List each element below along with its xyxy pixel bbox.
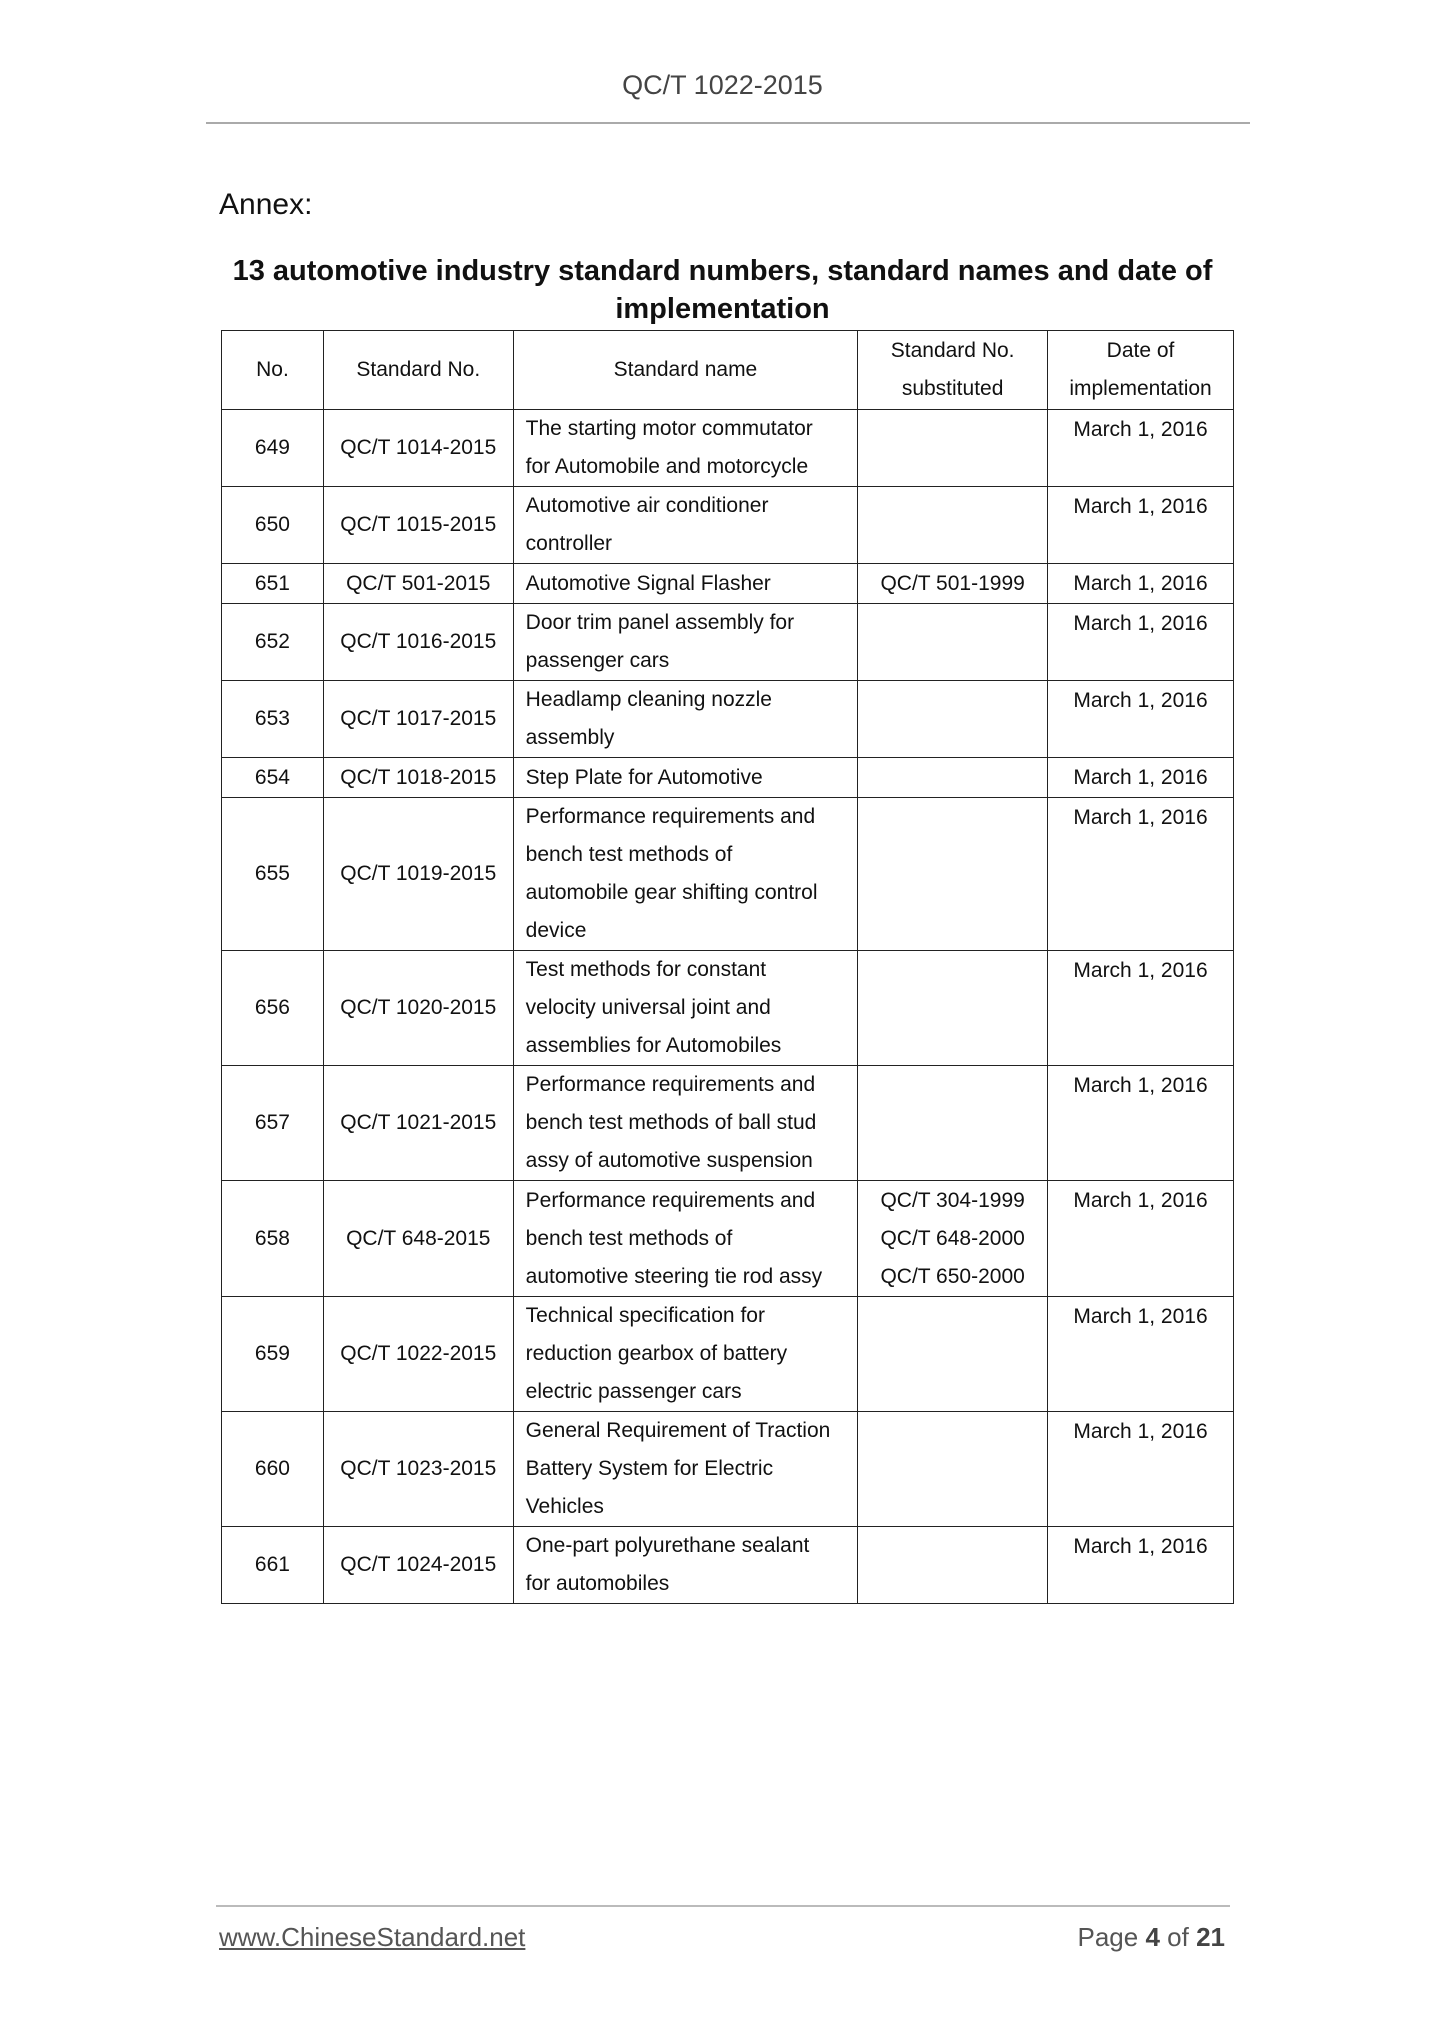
standard-number: QC/T 1021-2015	[323, 1066, 513, 1181]
row-number: 657	[222, 1066, 324, 1181]
implementation-date: March 1, 2016	[1048, 564, 1234, 604]
table-row: 659QC/T 1022-2015Technical specification…	[222, 1297, 1234, 1412]
page-of: of	[1167, 1922, 1189, 1952]
document-header-id: QC/T 1022-2015	[0, 70, 1445, 101]
substituted-standard	[858, 1412, 1048, 1527]
column-header: No.	[222, 331, 324, 410]
substituted-standard	[858, 604, 1048, 681]
row-number: 656	[222, 951, 324, 1066]
page-prefix: Page	[1077, 1922, 1138, 1952]
column-header: Date ofimplementation	[1048, 331, 1234, 410]
standard-name: The starting motor commutatorfor Automob…	[513, 410, 858, 487]
column-header: Standard name	[513, 331, 858, 410]
substituted-standard: QC/T 501-1999	[858, 564, 1048, 604]
standard-name: Door trim panel assembly forpassenger ca…	[513, 604, 858, 681]
implementation-date: March 1, 2016	[1048, 487, 1234, 564]
website-link[interactable]: www.ChineseStandard.net	[219, 1922, 525, 1953]
standard-name: Performance requirements andbench test m…	[513, 1066, 858, 1181]
row-number: 658	[222, 1181, 324, 1297]
table-row: 657QC/T 1021-2015Performance requirement…	[222, 1066, 1234, 1181]
table-row: 650QC/T 1015-2015Automotive air conditio…	[222, 487, 1234, 564]
implementation-date: March 1, 2016	[1048, 681, 1234, 758]
standard-name: Technical specification forreduction gea…	[513, 1297, 858, 1412]
table-title: 13 automotive industry standard numbers,…	[215, 252, 1230, 328]
standard-number: QC/T 1022-2015	[323, 1297, 513, 1412]
header-divider	[206, 122, 1250, 124]
substituted-standard: QC/T 304-1999QC/T 648-2000QC/T 650-2000	[858, 1181, 1048, 1297]
standard-number: QC/T 1024-2015	[323, 1527, 513, 1604]
table-row: 661QC/T 1024-2015One-part polyurethane s…	[222, 1527, 1234, 1604]
page-indicator: Page 4 of 21	[1077, 1922, 1225, 1953]
table-row: 658QC/T 648-2015Performance requirements…	[222, 1181, 1234, 1297]
implementation-date: March 1, 2016	[1048, 604, 1234, 681]
standard-name: Performance requirements andbench test m…	[513, 798, 858, 951]
implementation-date: March 1, 2016	[1048, 410, 1234, 487]
table-row: 653QC/T 1017-2015Headlamp cleaning nozzl…	[222, 681, 1234, 758]
standard-name: Headlamp cleaning nozzleassembly	[513, 681, 858, 758]
row-number: 651	[222, 564, 324, 604]
table-row: 656QC/T 1020-2015Test methods for consta…	[222, 951, 1234, 1066]
substituted-standard	[858, 951, 1048, 1066]
footer-divider	[216, 1905, 1230, 1907]
standard-number: QC/T 1020-2015	[323, 951, 513, 1066]
table-header-row: No.Standard No.Standard nameStandard No.…	[222, 331, 1234, 410]
row-number: 650	[222, 487, 324, 564]
column-header: Standard No.	[323, 331, 513, 410]
standard-number: QC/T 648-2015	[323, 1181, 513, 1297]
implementation-date: March 1, 2016	[1048, 798, 1234, 951]
implementation-date: March 1, 2016	[1048, 1066, 1234, 1181]
implementation-date: March 1, 2016	[1048, 1527, 1234, 1604]
substituted-standard	[858, 487, 1048, 564]
standard-name: Test methods for constantvelocity univer…	[513, 951, 858, 1066]
standard-name: Step Plate for Automotive	[513, 758, 858, 798]
substituted-standard	[858, 1527, 1048, 1604]
table-row: 652QC/T 1016-2015Door trim panel assembl…	[222, 604, 1234, 681]
standard-number: QC/T 1023-2015	[323, 1412, 513, 1527]
standard-name: General Requirement of TractionBattery S…	[513, 1412, 858, 1527]
substituted-standard	[858, 681, 1048, 758]
standard-number: QC/T 1017-2015	[323, 681, 513, 758]
row-number: 660	[222, 1412, 324, 1527]
row-number: 661	[222, 1527, 324, 1604]
standard-name: Automotive Signal Flasher	[513, 564, 858, 604]
table-row: 649QC/T 1014-2015The starting motor comm…	[222, 410, 1234, 487]
substituted-standard	[858, 1297, 1048, 1412]
standard-number: QC/T 1019-2015	[323, 798, 513, 951]
standard-name: Automotive air conditionercontroller	[513, 487, 858, 564]
implementation-date: March 1, 2016	[1048, 758, 1234, 798]
implementation-date: March 1, 2016	[1048, 1297, 1234, 1412]
implementation-date: March 1, 2016	[1048, 1181, 1234, 1297]
standard-name: Performance requirements andbench test m…	[513, 1181, 858, 1297]
table-row: 660QC/T 1023-2015General Requirement of …	[222, 1412, 1234, 1527]
standard-number: QC/T 1016-2015	[323, 604, 513, 681]
standard-number: QC/T 1018-2015	[323, 758, 513, 798]
row-number: 653	[222, 681, 324, 758]
substituted-standard	[858, 1066, 1048, 1181]
standard-name: One-part polyurethane sealantfor automob…	[513, 1527, 858, 1604]
substituted-standard	[858, 758, 1048, 798]
standard-number: QC/T 1015-2015	[323, 487, 513, 564]
row-number: 652	[222, 604, 324, 681]
table-row: 651QC/T 501-2015Automotive Signal Flashe…	[222, 564, 1234, 604]
page-current: 4	[1145, 1922, 1159, 1952]
row-number: 649	[222, 410, 324, 487]
substituted-standard	[858, 410, 1048, 487]
substituted-standard	[858, 798, 1048, 951]
standard-number: QC/T 501-2015	[323, 564, 513, 604]
annex-label: Annex:	[219, 188, 312, 222]
row-number: 655	[222, 798, 324, 951]
table-body: 649QC/T 1014-2015The starting motor comm…	[222, 410, 1234, 1604]
row-number: 654	[222, 758, 324, 798]
standards-table: No.Standard No.Standard nameStandard No.…	[221, 330, 1234, 1604]
implementation-date: March 1, 2016	[1048, 951, 1234, 1066]
table-row: 655QC/T 1019-2015Performance requirement…	[222, 798, 1234, 951]
standard-number: QC/T 1014-2015	[323, 410, 513, 487]
page-total: 21	[1196, 1922, 1225, 1952]
implementation-date: March 1, 2016	[1048, 1412, 1234, 1527]
row-number: 659	[222, 1297, 324, 1412]
column-header: Standard No.substituted	[858, 331, 1048, 410]
table-row: 654QC/T 1018-2015Step Plate for Automoti…	[222, 758, 1234, 798]
